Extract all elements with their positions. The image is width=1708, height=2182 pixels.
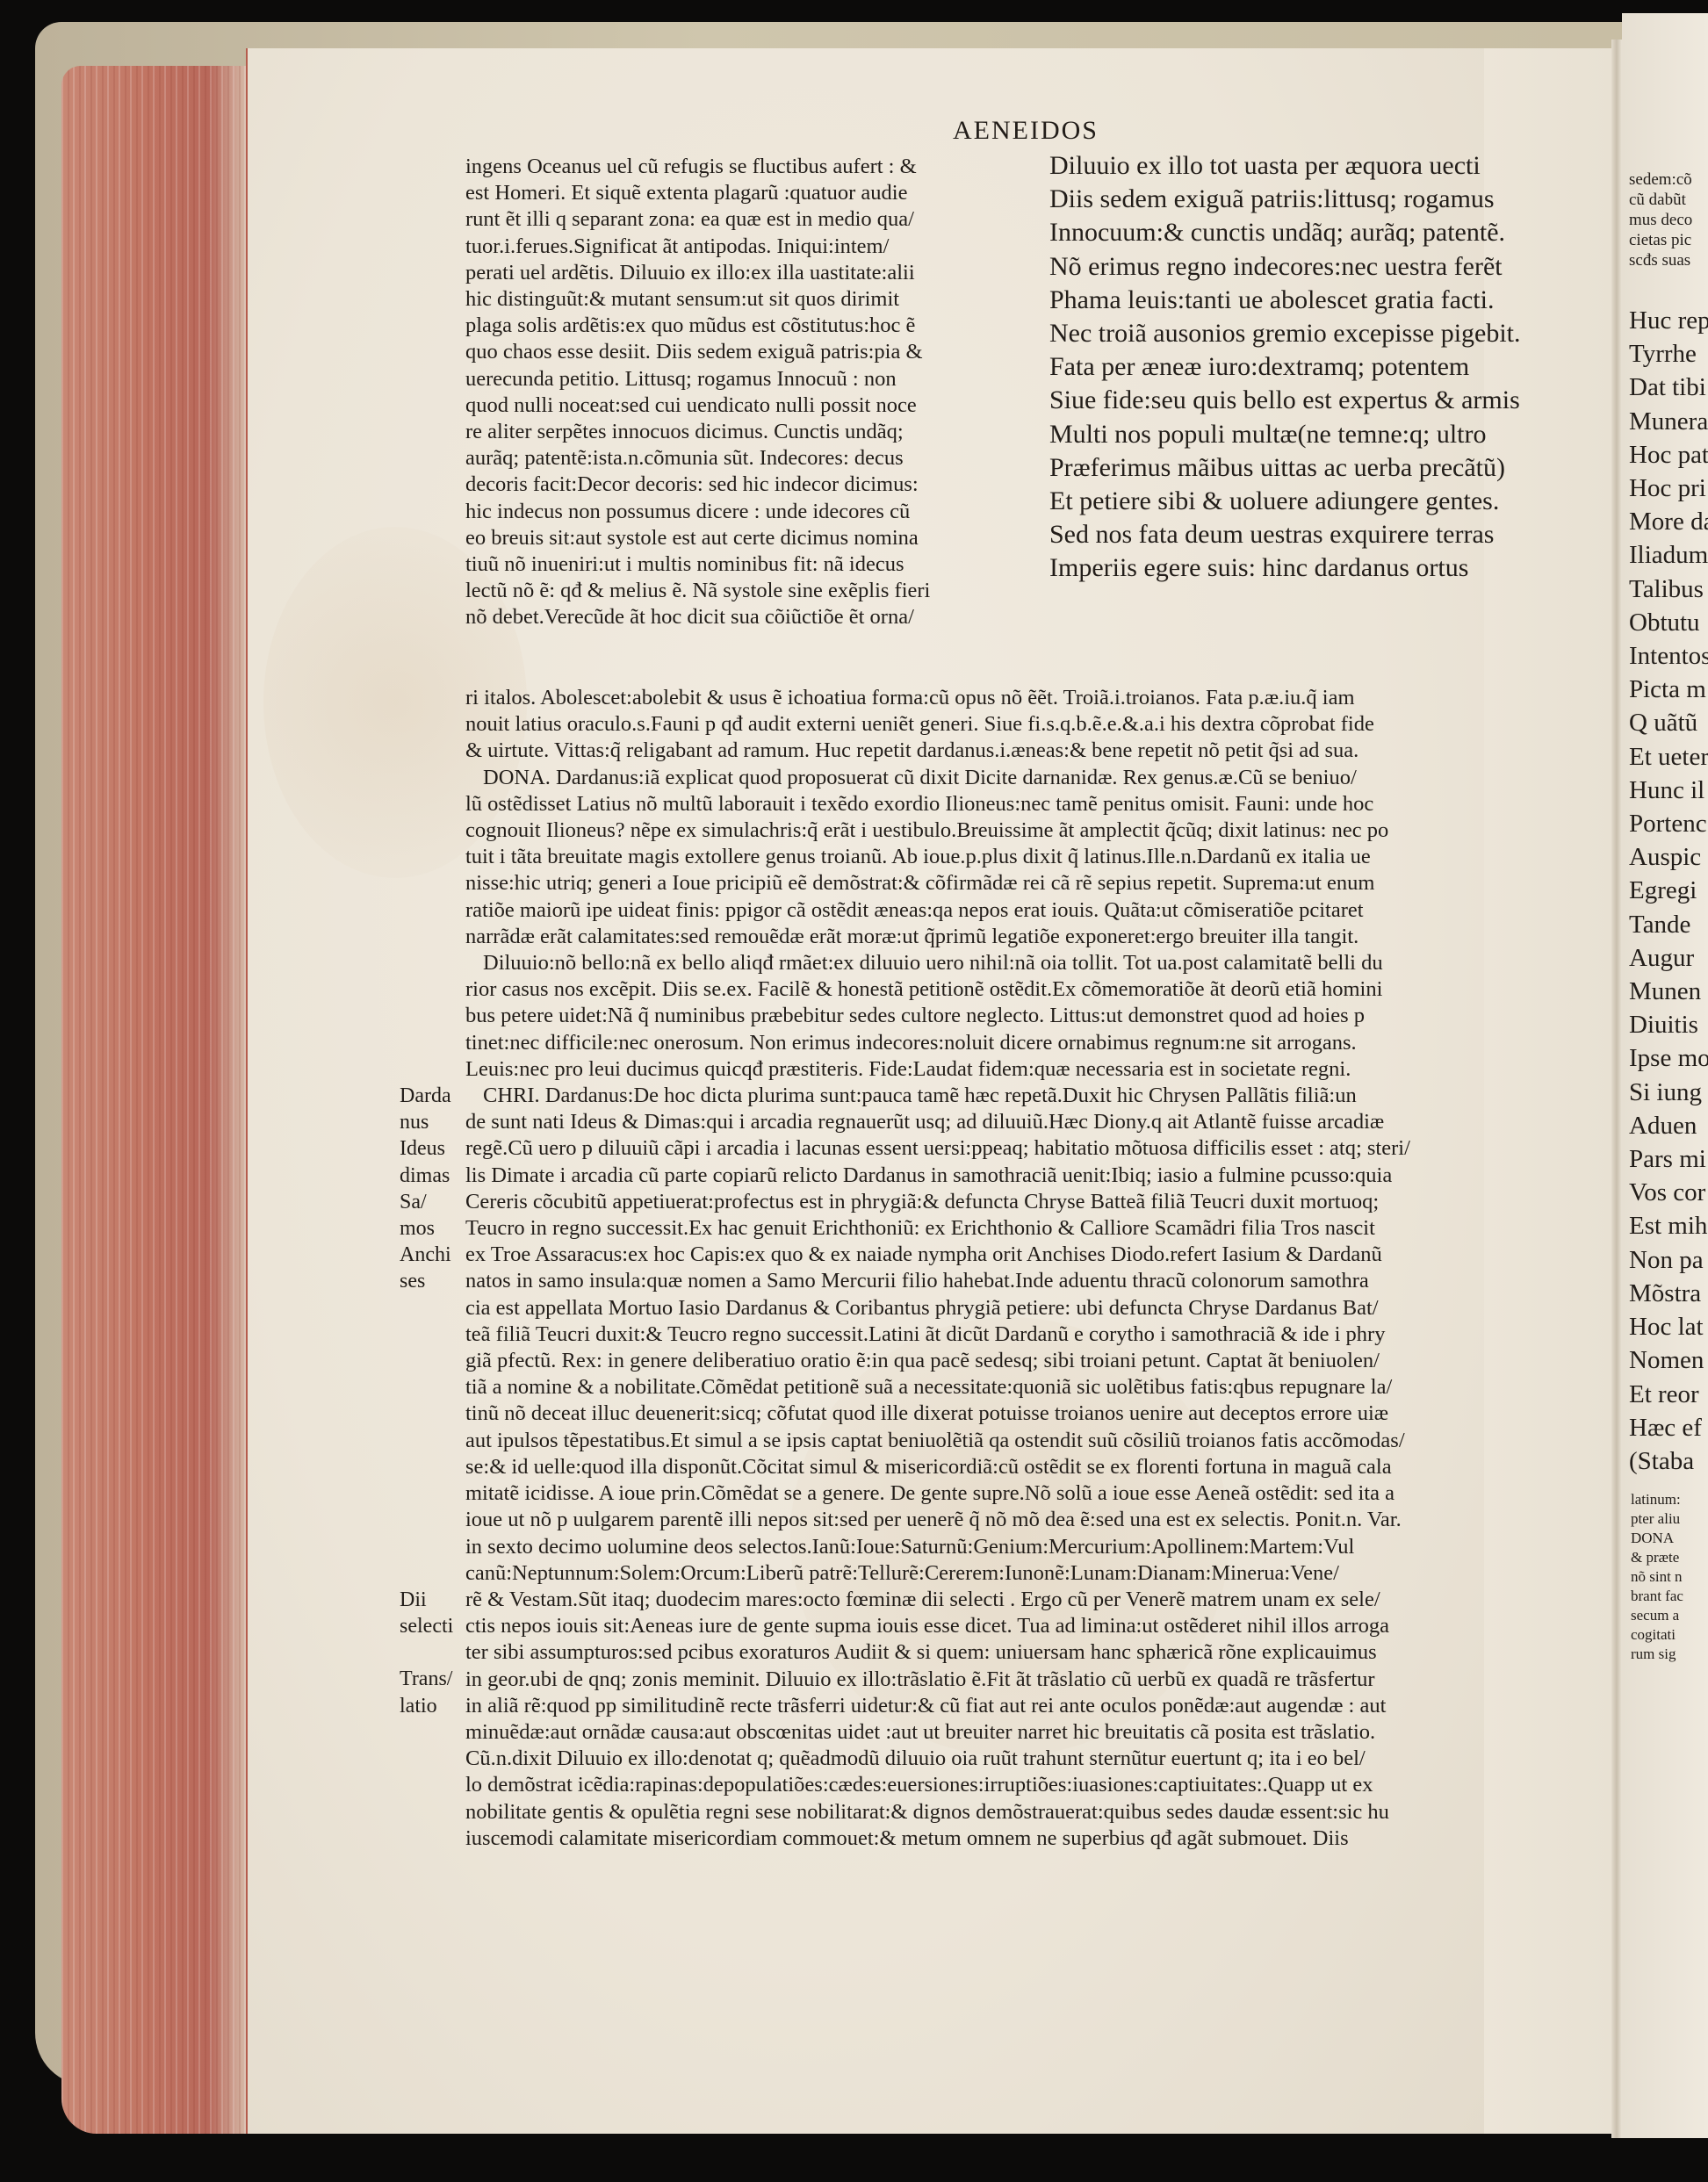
verse-line: Diis sedem exiguã patriis:littusq; rogam…	[1049, 183, 1576, 216]
verse-line: Imperiis egere suis: hinc dardanus ortus	[1049, 551, 1576, 585]
marginal-note: Darda	[400, 1083, 465, 1109]
right-commentary-line: cietas pic	[1622, 230, 1708, 250]
right-commentary-line: brant fac	[1622, 1587, 1708, 1606]
gutter	[1611, 40, 1622, 2138]
right-commentary-line: cogitati	[1622, 1625, 1708, 1645]
marginal-note: Ideus	[400, 1135, 465, 1162]
commentary-line: Teucro in regno successit.Ex hac genuit …	[465, 1215, 1576, 1242]
marginal-note: Anchi	[400, 1242, 465, 1268]
commentary-full-block: ri italos. Abolescet:abolebit & usus ẽ i…	[465, 685, 1576, 1852]
verse-line: Sed nos fata deum uestras exquirere terr…	[1049, 518, 1576, 551]
commentary-line: teã filiã Teucri duxit:& Teucro regno su…	[465, 1321, 1576, 1348]
commentary-line: ex Troe Assaracus:ex hoc Capis:ex quo & …	[465, 1242, 1576, 1268]
commentary-line: tiã a nomine & a nobilitate.Cõmẽdat peti…	[465, 1374, 1576, 1401]
right-verse-line: Auspic	[1622, 840, 1708, 874]
commentary-line: tinũ nõ deceat illuc deuenerit:sicq; cõf…	[465, 1401, 1576, 1427]
right-commentary-line: cũ dabũt	[1622, 190, 1708, 210]
right-commentary-line: DONA	[1622, 1529, 1708, 1548]
commentary-line: tuit i tãta breuitate magis extollere ge…	[465, 844, 1576, 870]
commentary-line: quod nulli noceat:sed cui uendicato null…	[465, 392, 1049, 419]
right-verse-line: Dat tibi	[1622, 371, 1708, 404]
commentary-line: lectũ nõ ẽ: qđ & melius ẽ. Nã systole si…	[465, 578, 1049, 604]
commentary-line: decoris facit:Decor decoris: sed hic ind…	[465, 472, 1049, 498]
right-verse-line: Egregi	[1622, 874, 1708, 907]
right-verse-line: (Staba	[1622, 1444, 1708, 1478]
commentary-line: regẽ.Cũ uero p diluuiũ cãpi i arcadia i …	[465, 1135, 1576, 1162]
verse-line: Nõ erimus regno indecores:nec uestra fer…	[1049, 250, 1576, 284]
commentary-line: in sexto decimo uolumine deos selectos.I…	[465, 1534, 1576, 1560]
commentary-line: uerecunda petitio. Littusq; rogamus Inno…	[465, 366, 1049, 392]
right-verse-line: Hæc ef	[1622, 1411, 1708, 1444]
commentary-line: re aliter serpẽtes innocuos dicimus. Cun…	[465, 419, 1049, 445]
commentary-line: hic distinguũt:& mutant sensum:ut sit qu…	[465, 286, 1049, 313]
verse-line: Siue fide:seu quis bello est expertus & …	[1049, 384, 1576, 417]
marginal-note: ses	[400, 1268, 465, 1294]
right-verse-line: Diuitis	[1622, 1008, 1708, 1041]
right-verse-line: Picta m	[1622, 673, 1708, 706]
right-verse-line: Si iung	[1622, 1076, 1708, 1109]
commentary-line: Leuis:nec pro leui ducimus quicqđ præsti…	[465, 1056, 1576, 1083]
commentary-line: ctis nepos iouis sit:Aeneas iure de gent…	[465, 1613, 1576, 1639]
verse-line: Præferimus mãibus uittas ac uerba precãt…	[1049, 451, 1576, 485]
right-verse-line: Talibus	[1622, 573, 1708, 606]
right-commentary-top: sedem:cõcũ dabũtmus decocietas picscđs s…	[1622, 169, 1708, 270]
commentary-line: iuscemodi calamitate misericordiam commo…	[465, 1826, 1576, 1852]
right-verse-line: Pars mi	[1622, 1142, 1708, 1176]
marginal-note: Sa/	[400, 1189, 465, 1215]
right-verse-line: Hoc lat	[1622, 1310, 1708, 1343]
right-commentary-line: secum a	[1622, 1606, 1708, 1625]
right-verse-line: Hoc pat	[1622, 438, 1708, 472]
commentary-line: aurãq; patentẽ:ista.n.cõmunia sũt. Indec…	[465, 445, 1049, 472]
red-fore-edge	[61, 66, 246, 2134]
right-verse-line: Intentos	[1622, 639, 1708, 673]
right-verse-line: Portenc	[1622, 807, 1708, 840]
right-verse-line: Tande	[1622, 908, 1708, 941]
verse-line: Nec troiã ausonios gremio excepisse pige…	[1049, 317, 1576, 350]
commentary-line: ratiõe maiorũ ipe uideat finis: ppigor c…	[465, 897, 1576, 924]
commentary-line: eo breuis sit:aut systole est aut certe …	[465, 525, 1049, 551]
right-verse-line: Obtutu	[1622, 606, 1708, 639]
commentary-line: tiuũ nõ inueniri:ut i multis nominibus f…	[465, 551, 1049, 578]
commentary-line: mitatẽ icidisse. A ioue prin.Cõmẽdat se …	[465, 1480, 1576, 1507]
verse-line: Multi nos populi multæ(ne temne:q; ultro	[1049, 418, 1576, 451]
commentary-line: aut ipulsos tẽpestatibus.Et simul a se i…	[465, 1428, 1576, 1454]
verse-block: Diluuio ex illo tot uasta per æquora uec…	[1049, 149, 1576, 586]
right-commentary-line: & præte	[1622, 1548, 1708, 1567]
commentary-line: rẽ & Vestam.Sũt itaq; duodecim mares:oct…	[465, 1587, 1576, 1613]
right-verse-line: Munen	[1622, 975, 1708, 1008]
commentary-line: de sunt nati Ideus & Dimas:qui i arcadia…	[465, 1109, 1576, 1135]
commentary-line: CHRI. Dardanus:De hoc dicta plurima sunt…	[465, 1083, 1576, 1109]
right-verse-line: Tyrrhe	[1622, 337, 1708, 371]
commentary-line: bus petere uidet:Nã q̃ numinibus præbebi…	[465, 1003, 1576, 1029]
marginal-note: mos	[400, 1215, 465, 1242]
right-verse-line: Munera	[1622, 405, 1708, 438]
right-verse-block: Huc repTyrrheDat tibiMuneraHoc patHoc pr…	[1622, 304, 1708, 1478]
right-verse-line: Iliadum	[1622, 538, 1708, 572]
commentary-line: ioue ut nõ p uulgarem parentẽ illi nepos…	[465, 1507, 1576, 1533]
verse-line: Et petiere sibi & uoluere adiungere gent…	[1049, 485, 1576, 518]
commentary-line: lũ ostẽdisset Latius nõ multũ laborauit …	[465, 791, 1576, 817]
verse-line: Fata per æneæ iuro:dextramq; potentem	[1049, 350, 1576, 384]
marginal-note: Dii	[400, 1587, 465, 1613]
commentary-line: tinet:nec difficile:nec onerosum. Non er…	[465, 1030, 1576, 1056]
right-verse-line: Nomen	[1622, 1343, 1708, 1377]
commentary-line: quo chaos esse desiit. Diis sedem exiguã…	[465, 339, 1049, 365]
right-verse-line: Aduen	[1622, 1109, 1708, 1142]
right-verse-line: More da	[1622, 505, 1708, 538]
commentary-line: minuẽdæ:aut ornãdæ causa:aut obscœnitas …	[465, 1719, 1576, 1746]
commentary-line: in geor.ubi de qnq; zonis meminit. Diluu…	[465, 1667, 1576, 1693]
right-verse-line: Q uãtũ	[1622, 706, 1708, 739]
commentary-line: cognouit Ilioneus? nẽpe ex simulachris:q…	[465, 817, 1576, 844]
marginal-note: selecti	[400, 1613, 465, 1639]
commentary-line: in aliã rẽ:quod pp similitudinẽ recte tr…	[465, 1693, 1576, 1719]
right-commentary-bottom: latinum:pter aliuDONA& prætenõ sint nbra…	[1622, 1490, 1708, 1664]
commentary-line: Diluuio:nõ bello:nã ex bello aliqđ rmãet…	[465, 950, 1576, 976]
right-commentary-line: scđs suas	[1622, 250, 1708, 270]
marginal-note: dimas	[400, 1163, 465, 1189]
commentary-line: cia est appellata Mortuo Iasio Dardanus …	[465, 1295, 1576, 1321]
commentary-line: nisse:hic utriq; generi a Ioue pricipiũ …	[465, 870, 1576, 897]
commentary-line: perati uel ardẽtis. Diluuio ex illo:ex i…	[465, 260, 1049, 286]
commentary-line: Cereris cõcubitũ appetiuerat:profectus e…	[465, 1189, 1576, 1215]
right-commentary-line: pter aliu	[1622, 1509, 1708, 1529]
right-commentary-line: sedem:cõ	[1622, 169, 1708, 190]
verse-line: Innocuum:& cunctis undãq; aurãq; patentẽ…	[1049, 216, 1576, 249]
right-verse-line: Augur	[1622, 941, 1708, 975]
right-page: sedem:cõcũ dabũtmus decocietas picscđs s…	[1622, 13, 1708, 2138]
right-verse-line: Non pa	[1622, 1243, 1708, 1277]
commentary-line: canũ:Neptunnum:Solem:Orcum:Liberũ patrẽ:…	[465, 1560, 1576, 1587]
right-verse-line: Et ueter	[1622, 740, 1708, 774]
commentary-line: ter sibi assumpturos:sed pcibus exoratur…	[465, 1639, 1576, 1666]
marginal-note: Trans/	[400, 1666, 465, 1692]
right-verse-line: Est mih	[1622, 1209, 1708, 1242]
commentary-line: runt ẽt illi q separant zona: ea quæ est…	[465, 206, 1049, 233]
commentary-line: natos in samo insula:quæ nomen a Samo Me…	[465, 1268, 1576, 1294]
right-verse-line: Mõstra	[1622, 1277, 1708, 1310]
commentary-top-block: ingens Oceanus uel cũ refugis se fluctib…	[465, 154, 1049, 631]
commentary-line: nobilitate gentis & opulẽtia regni sese …	[465, 1799, 1576, 1826]
commentary-line: nõ debet.Verecũde ãt hoc dicit sua cõiũc…	[465, 604, 1049, 630]
running-head: AENEIDOS	[953, 116, 1099, 146]
commentary-line: se:& id uelle:quod illa disponũt.Cõcitat…	[465, 1454, 1576, 1480]
commentary-line: giã pfectũ. Rex: in genere deliberatiuo …	[465, 1348, 1576, 1374]
marginal-note: latio	[400, 1693, 465, 1719]
right-commentary-line: rum sig	[1622, 1645, 1708, 1664]
marginal-note: nus	[400, 1109, 465, 1135]
right-verse-line: Hoc pri	[1622, 472, 1708, 505]
verse-line: Phama leuis:tanti ue abolescet gratia fa…	[1049, 284, 1576, 317]
commentary-line: lo demõstrat icẽdia:rapinas:depopulatiõe…	[465, 1772, 1576, 1798]
commentary-line: hic indecus non possumus dicere : unde i…	[465, 499, 1049, 525]
right-verse-line: Huc rep	[1622, 304, 1708, 337]
verse-line: Diluuio ex illo tot uasta per æquora uec…	[1049, 149, 1576, 183]
right-verse-line: Vos cor	[1622, 1176, 1708, 1209]
right-verse-line: Hunc il	[1622, 774, 1708, 807]
right-commentary-line: mus deco	[1622, 210, 1708, 230]
commentary-line: est Homeri. Et siquẽ extenta plagarũ :qu…	[465, 180, 1049, 206]
commentary-line: DONA. Dardanus:iã explicat quod proposue…	[465, 765, 1576, 791]
right-commentary-line: nõ sint n	[1622, 1567, 1708, 1587]
right-commentary-line: latinum:	[1622, 1490, 1708, 1509]
right-verse-line: Et reor	[1622, 1378, 1708, 1411]
commentary-line: & uirtute. Vittas:q̃ religabant ad ramum…	[465, 738, 1576, 764]
right-verse-line: Ipse mo	[1622, 1041, 1708, 1075]
commentary-line: lis Dimate i arcadia cũ parte copiarũ re…	[465, 1163, 1576, 1189]
commentary-line: narrãdæ erãt calamitates:sed remouẽdæ er…	[465, 924, 1576, 950]
commentary-line: rior casus nos excẽpit. Diis se.ex. Faci…	[465, 976, 1576, 1003]
commentary-line: tuor.i.ferues.Significat ãt antipodas. I…	[465, 234, 1049, 260]
commentary-line: nouit latius oraculo.s.Fauni p qđ audit …	[465, 711, 1576, 738]
commentary-line: Cũ.n.dixit Diluuio ex illo:denotat q; qu…	[465, 1746, 1576, 1772]
commentary-line: ingens Oceanus uel cũ refugis se fluctib…	[465, 154, 1049, 180]
commentary-line: ri italos. Abolescet:abolebit & usus ẽ i…	[465, 685, 1576, 711]
commentary-line: plaga solis ardẽtis:ex quo mũdus est cõs…	[465, 313, 1049, 339]
